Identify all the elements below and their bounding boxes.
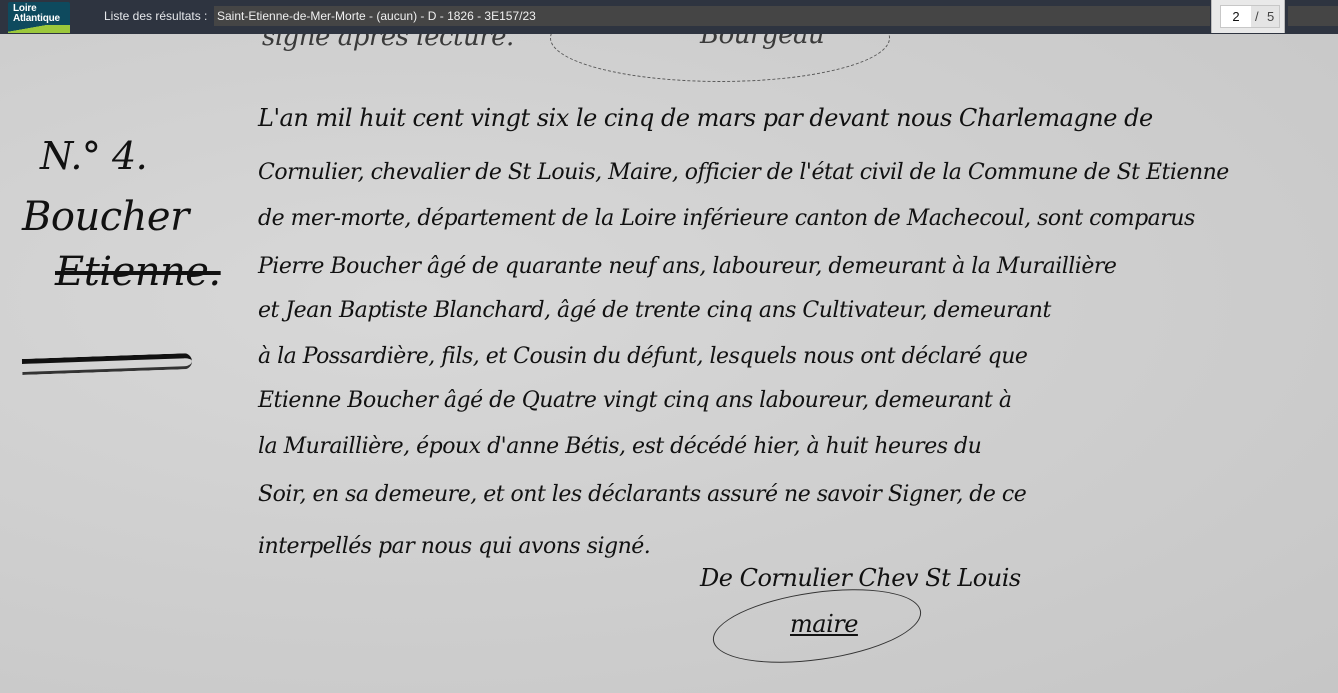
record-line: à la Possardière, fils, et Cousin du déf… xyxy=(258,344,1027,369)
record-number: N.° 4. xyxy=(40,134,147,178)
mayor-title: maire xyxy=(790,610,858,638)
record-line: Cornulier, chevalier de St Louis, Maire,… xyxy=(258,160,1229,185)
logo-swoosh-icon xyxy=(8,25,70,33)
record-line: la Muraillière, époux d'anne Bétis, est … xyxy=(258,434,981,459)
document-title-selector[interactable]: Saint-Etienne-de-Mer-Morte - (aucun) - D… xyxy=(214,6,1210,26)
results-list-label: Liste des résultats : xyxy=(104,9,207,23)
record-line: interpellés par nous qui avons signé. xyxy=(258,534,650,559)
total-pages: 5 xyxy=(1267,9,1274,24)
record-line: L'an mil huit cent vingt six le cinq de … xyxy=(258,104,1153,132)
top-bar: Loire Atlantique Liste des résultats : S… xyxy=(0,0,1338,34)
record-line: Pierre Boucher âgé de quarante neuf ans,… xyxy=(258,254,1116,279)
page-indicator: / 5 xyxy=(1220,5,1280,28)
header-right-field xyxy=(1288,6,1338,26)
previous-record-fragment: signé après lecture. xyxy=(262,34,514,52)
document-image-viewer[interactable]: signé après lecture. Bourgeau N.° 4. Bou… xyxy=(0,34,1338,693)
margin-surname: Boucher xyxy=(22,194,189,240)
record-line: Etienne Boucher âgé de Quatre vingt cinq… xyxy=(258,388,1011,413)
logo-line-2: Atlantique xyxy=(13,14,60,24)
loire-atlantique-logo[interactable]: Loire Atlantique xyxy=(8,2,70,33)
record-line: Soir, en sa demeure, et ont les déclaran… xyxy=(258,482,1026,507)
page-separator: / xyxy=(1255,9,1259,24)
mayor-signature: De Cornulier Chev St Louis xyxy=(700,564,1021,592)
page-navigator: / 5 xyxy=(1211,0,1285,33)
record-line: de mer-morte, département de la Loire in… xyxy=(258,206,1195,231)
previous-record-signature: Bourgeau xyxy=(700,34,824,50)
current-page-input[interactable] xyxy=(1221,6,1251,27)
logo-text: Loire Atlantique xyxy=(13,4,60,24)
margin-underline xyxy=(22,353,192,375)
record-line: et Jean Baptiste Blanchard, âgé de trent… xyxy=(258,298,1051,323)
margin-given-name: Etienne. xyxy=(55,249,221,295)
